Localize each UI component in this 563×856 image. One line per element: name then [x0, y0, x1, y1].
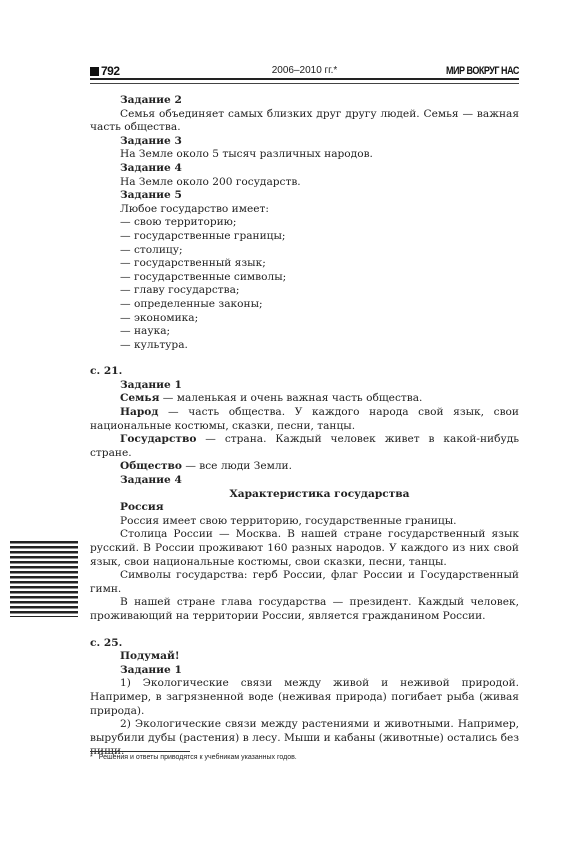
list-item: — столицу; [90, 244, 519, 258]
task-title: Задание 1 [90, 379, 519, 393]
header-book-title: МИР ВОКРУГ НАС [446, 64, 519, 78]
list-item: — государственные границы; [90, 230, 519, 244]
definition: Общество — все люди Земли. [90, 460, 519, 474]
state-attributes-list: — свою территорию; — государственные гра… [90, 216, 519, 352]
task-title: Задание 1 [90, 664, 519, 678]
think-title: Подумай! [90, 650, 519, 664]
header-rule-thin [90, 83, 519, 84]
list-item: — культура. [90, 339, 519, 353]
task-text: Любое государство имеет: [90, 203, 519, 217]
header-rule-thick [90, 78, 519, 80]
definition-text: — маленькая и очень важная часть обществ… [159, 392, 422, 404]
list-item: — экономика; [90, 312, 519, 326]
task-title: Задание 5 [90, 189, 519, 203]
list-item: — государственные символы; [90, 271, 519, 285]
task-text: Семья объединяет самых близких друг друг… [90, 108, 519, 135]
definition: Государство — страна. Каждый человек жив… [90, 433, 519, 460]
section-heading: Характеристика государства [90, 488, 519, 502]
task-title: Задание 4 [90, 162, 519, 176]
page-body: Задание 2 Семья объединяет самых близких… [90, 94, 519, 759]
term: Общество [120, 460, 182, 472]
paragraph: Россия имеет свою территорию, государств… [90, 515, 519, 529]
footnote: *Решения и ответы приводятся к учебникам… [90, 754, 297, 761]
task-title: Задание 3 [90, 135, 519, 149]
term: Государство [120, 433, 196, 445]
definition: Семья — маленькая и очень важная часть о… [90, 392, 519, 406]
list-item: — главу государства; [90, 284, 519, 298]
list-item: — определенные законы; [90, 298, 519, 312]
definition-text: — все люди Земли. [182, 460, 292, 472]
list-item: — государственный язык; [90, 257, 519, 271]
paragraph: Символы государства: герб России, флаг Р… [90, 569, 519, 596]
country-name: Россия [90, 501, 519, 515]
term: Семья [120, 392, 159, 404]
definition: Народ — часть общества. У каждого народа… [90, 406, 519, 433]
paragraph: В нашей стране глава государства — прези… [90, 596, 519, 623]
task-text: На Земле около 200 государств. [90, 176, 519, 190]
page-ref-25: с. 25. [90, 637, 519, 651]
paragraph: 1) Экологические связи между живой и неж… [90, 677, 519, 718]
list-item: — наука; [90, 325, 519, 339]
paragraph: 2) Экологические связи между растениями … [90, 718, 519, 759]
footnote-text: Решения и ответы приводятся к учебникам … [99, 754, 297, 761]
edge-index-stripes [10, 541, 78, 617]
footnote-marker: * [90, 754, 93, 761]
task-text: На Земле около 5 тысяч различных народов… [90, 148, 519, 162]
task-title: Задание 4 [90, 474, 519, 488]
running-header: 792 2006–2010 гг.* МИР ВОКРУГ НАС [90, 64, 519, 78]
task-title: Задание 2 [90, 94, 519, 108]
list-item: — свою территорию; [90, 216, 519, 230]
term: Народ [120, 406, 158, 418]
paragraph: Столица России — Москва. В нашей стране … [90, 528, 519, 569]
footnote-rule [90, 751, 190, 752]
page-ref-21: с. 21. [90, 365, 519, 379]
